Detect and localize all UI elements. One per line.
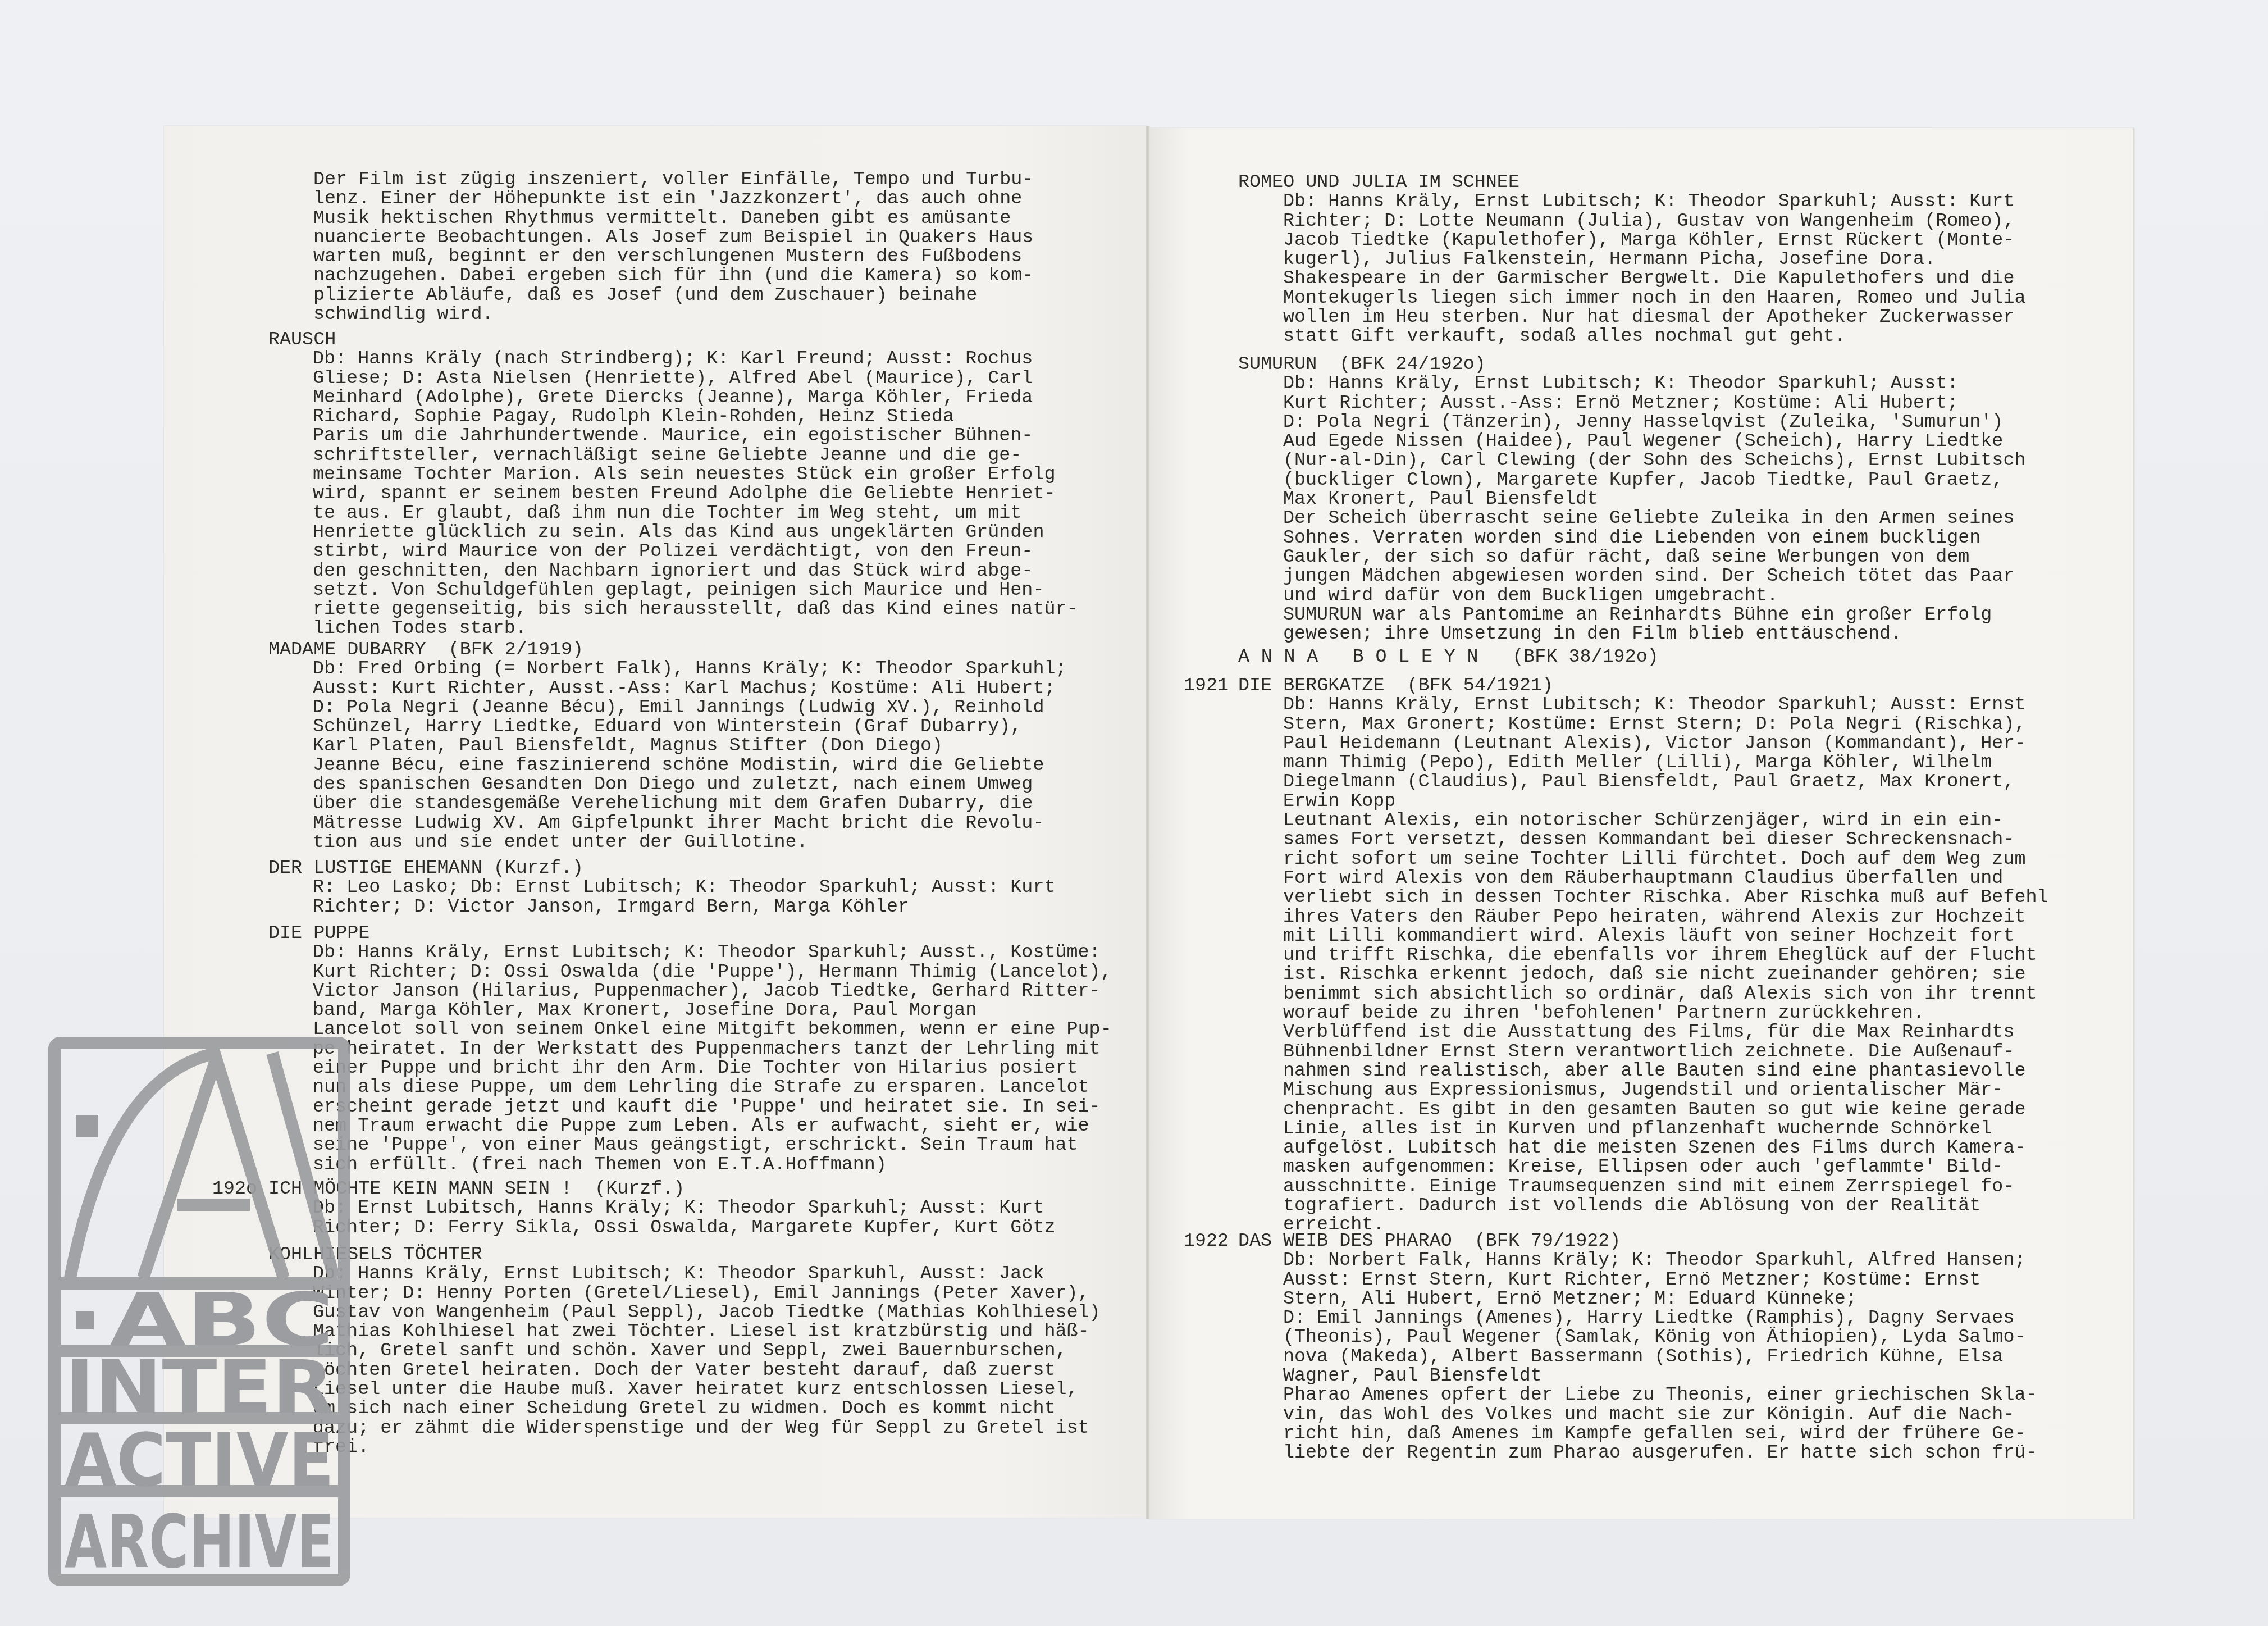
entry-title: DER LUSTIGE EHEMANN (Kurzf.) xyxy=(268,859,1056,878)
entry-text-line: Meinhard (Adolphe), Grete Diercks (Jeann… xyxy=(268,388,1078,407)
entry-text-line: Db: Ernst Lubitsch, Hanns Kräly; K: Theo… xyxy=(268,1199,1056,1218)
entry-text-line: Richter; D: Victor Janson, Irmgard Bern,… xyxy=(268,898,1056,917)
entry-title: DIE PUPPE xyxy=(268,924,1112,943)
entry-text-line: D: Emil Jannings (Amenes), Harry Liedtke… xyxy=(1238,1309,2037,1328)
entry-text-line: Winter; D: Henny Porten (Gretel/Liesel),… xyxy=(268,1284,1101,1303)
entry-text-line: nem Traum erwacht die Puppe zum Leben. A… xyxy=(268,1117,1112,1136)
filmography-entry: ROMEO UND JULIA IM SCHNEEDb: Hanns Kräly… xyxy=(1238,173,2026,347)
entry-text-line: Karl Platen, Paul Biensfeldt, Magnus Sti… xyxy=(268,736,1067,755)
entry-text-line: (Theonis), Paul Wegener (Samlak, König v… xyxy=(1238,1328,2037,1347)
entry-text-line: frei. xyxy=(268,1438,1101,1457)
entry-text-line: tografiert. Dadurch ist vollends die Abl… xyxy=(1238,1196,2048,1215)
left-continuation-paragraph: Der Film ist zügig inszeniert, voller Ei… xyxy=(268,170,1033,324)
entry-text-line: chenpracht. Es gibt in den gesamten Baut… xyxy=(1238,1100,2048,1119)
entry-text-line: (Nur-al-Din), Carl Clewing (der Sohn des… xyxy=(1238,451,2026,470)
entry-text-line: Shakespeare in der Garmischer Bergwelt. … xyxy=(1238,269,2026,288)
entry-text-line: riette gegenseitig, bis sich herausstell… xyxy=(268,600,1078,619)
entry-text-line: Mischung aus Expressionismus, Jugendstil… xyxy=(1238,1081,2048,1100)
entry-text-line: richt sofort um seine Tochter Lilli fürc… xyxy=(1238,850,2048,869)
entry-text-line: Liesel unter die Haube muß. Xaver heirat… xyxy=(268,1380,1101,1399)
entry-text-line: Jacob Tiedtke (Kapulethofer), Marga Köhl… xyxy=(1238,231,2026,250)
entry-text-line: mann Thimig (Pepo), Edith Meller (Lilli)… xyxy=(1238,753,2048,772)
filmography-entry: KOHLHIESELS TÖCHTERDb: Hanns Kräly, Erns… xyxy=(268,1245,1101,1457)
entry-text-line: über die standesgemäße Verehelichung mit… xyxy=(268,794,1067,813)
entry-text-line: Richard, Sophie Pagay, Rudolph Klein-Roh… xyxy=(268,407,1078,426)
entry-title: ANNA BOLEYN (BFK 38/192o) xyxy=(1238,648,1659,667)
entry-text-line: Mathias Kohlhiesel hat zwei Töchter. Lie… xyxy=(268,1322,1101,1341)
entry-text-line: mit Lilli kommandiert wird. Alexis läuft… xyxy=(1238,927,2048,946)
entry-text-line: Ausst: Kurt Richter, Ausst.-Ass: Karl Ma… xyxy=(268,679,1067,698)
entry-text-line: lich, Gretel sanft und schön. Xaver und … xyxy=(268,1341,1101,1360)
entry-year: 1921 xyxy=(1184,676,1229,695)
filmography-entry: RAUSCHDb: Hanns Kräly (nach Strindberg);… xyxy=(268,330,1078,639)
entry-text-line: gewesen; ihre Umsetzung in den Film blie… xyxy=(1238,625,2026,644)
entry-text-line: jungen Mädchen abgewiesen worden sind. D… xyxy=(1238,567,2026,586)
entry-text-line: den geschnitten, den Nachbarn ignoriert … xyxy=(268,562,1078,581)
entry-title-spaced: ANNA BOLEYN xyxy=(1238,646,1490,668)
entry-text-line: Richter; D: Ferry Sikla, Ossi Oswalda, M… xyxy=(268,1218,1056,1237)
entry-text-line: erscheint gerade jetzt und kauft die 'Pu… xyxy=(268,1097,1112,1117)
entry-text-line: (buckliger Clown), Margarete Kupfer, Jac… xyxy=(1238,471,2026,490)
entry-text-line: aufgelöst. Lubitsch hat die meisten Szen… xyxy=(1238,1138,2048,1158)
entry-text-line: liebte der Regentin zum Pharao ausgerufe… xyxy=(1238,1443,2037,1463)
entry-text-line: ist. Rischka erkennt jedoch, daß sie nic… xyxy=(1238,965,2048,984)
entry-text-line: te aus. Er glaubt, daß ihm nun die Tocht… xyxy=(268,504,1078,523)
filmography-entry: DER LUSTIGE EHEMANN (Kurzf.)R: Leo Lasko… xyxy=(268,859,1056,917)
paragraph-line: warten muß, beginnt er den verschlungene… xyxy=(268,247,1033,266)
entry-title: SUMURUN (BFK 24/192o) xyxy=(1238,355,2026,374)
entry-text-line: Stern, Max Gronert; Kostüme: Ernst Stern… xyxy=(1238,715,2048,734)
entry-text-line: Wagner, Paul Biensfeldt xyxy=(1238,1367,2037,1386)
entry-text-line: Db: Hanns Kräly (nach Strindberg); K: Ka… xyxy=(268,349,1078,368)
entry-text-line: Erwin Kopp xyxy=(1238,792,2048,811)
entry-text-line: vin, das Wohl des Volkes und macht sie z… xyxy=(1238,1405,2037,1424)
entry-text-line: Jeanne Bécu, eine faszinierend schöne Mo… xyxy=(268,756,1067,775)
entry-text-line: setzt. Von Schuldgefühlen geplagt, peini… xyxy=(268,581,1078,600)
entry-text-line: band, Marga Köhler, Max Kronert, Josefin… xyxy=(268,1001,1112,1020)
entry-title: MADAME DUBARRY (BFK 2/1919) xyxy=(268,640,1067,659)
entry-text-line: um sich nach einer Scheidung Gretel zu w… xyxy=(268,1399,1101,1418)
entry-text-line: sich erfüllt. (frei nach Themen von E.T.… xyxy=(268,1155,1112,1174)
book-gutter xyxy=(1146,126,1150,1519)
entry-text-line: Ausst: Ernst Stern, Kurt Richter, Ernö M… xyxy=(1238,1270,2037,1290)
entry-text-line: Paul Heidemann (Leutnant Alexis), Victor… xyxy=(1238,734,2048,753)
entry-text-line: Sohnes. Verraten worden sind die Liebend… xyxy=(1238,529,2026,548)
entry-title: RAUSCH xyxy=(268,330,1078,349)
entry-text-line: Bühnenbildner Ernst Stern verantwortlich… xyxy=(1238,1042,2048,1062)
entry-text-line: einer Puppe und bricht ihr den Arm. Die … xyxy=(268,1059,1112,1078)
entry-text-line: und trifft Rischka, die ebenfalls vor ih… xyxy=(1238,946,2048,965)
entry-text-line: Victor Janson (Hilarius, Puppenmacher), … xyxy=(268,982,1112,1001)
paragraph-line: Musik hektischen Rhythmus vermittelt. Da… xyxy=(268,209,1033,228)
entry-text-line: Paris um die Jahrhundertwende. Maurice, … xyxy=(268,426,1078,445)
entry-text-line: Montekugerls liegen sich immer noch in d… xyxy=(1238,289,2026,308)
filmography-entry: SUMURUN (BFK 24/192o)Db: Hanns Kräly, Er… xyxy=(1238,355,2026,644)
entry-text-line: sames Fort versetzt, dessen Kommandant b… xyxy=(1238,830,2048,849)
entry-text-line: Pharao Amenes opfert der Liebe zu Theoni… xyxy=(1238,1386,2037,1405)
entry-text-line: Db: Hanns Kräly, Ernst Lubitsch; K: Theo… xyxy=(268,1264,1101,1283)
filmography-entry: MADAME DUBARRY (BFK 2/1919)Db: Fred Orbi… xyxy=(268,640,1067,852)
entry-text-line: Kurt Richter; D: Ossi Oswalda (die 'Pupp… xyxy=(268,963,1112,982)
entry-text-line: Lancelot soll von seinem Onkel eine Mitg… xyxy=(268,1020,1112,1039)
paragraph-line: lenz. Einer der Höhepunkte ist ein 'Jazz… xyxy=(268,189,1033,208)
entry-title: DAS WEIB DES PHARAO (BFK 79/1922) xyxy=(1238,1232,2037,1251)
entry-text-line: Gaukler, der sich so dafür rächt, daß se… xyxy=(1238,548,2026,567)
entry-text-line: Verblüffend ist die Ausstattung des Film… xyxy=(1238,1023,2048,1042)
entry-text-line: nahmen sind realistisch, aber alle Baute… xyxy=(1238,1062,2048,1081)
entry-year: 192o xyxy=(212,1179,257,1199)
entry-text-line: meinsame Tochter Marion. Als sein neuest… xyxy=(268,465,1078,484)
entry-text-line: Henriette glücklich zu sein. Als das Kin… xyxy=(268,523,1078,542)
entry-text-line: Kurt Richter; Ausst.-Ass: Ernö Metzner; … xyxy=(1238,394,2026,413)
entry-text-line: D: Pola Negri (Tänzerin), Jenny Hasselqv… xyxy=(1238,413,2026,432)
filmography-entry: DIE PUPPEDb: Hanns Kräly, Ernst Lubitsch… xyxy=(268,924,1112,1174)
entry-text-line: Linie, alles ist in Kurven und pflanzenh… xyxy=(1238,1119,2048,1138)
paragraph-line: nuancierte Beobachtungen. Als Josef zum … xyxy=(268,228,1033,247)
entry-text-line: Db: Fred Orbing (= Norbert Falk), Hanns … xyxy=(268,659,1067,678)
entry-text-line: ausschnitte. Einige Traumsequenzen sind … xyxy=(1238,1177,2048,1196)
entry-text-line: benimmt sich absichtlich so ordinär, daß… xyxy=(1238,985,2048,1004)
entry-text-line: Max Kronert, Paul Biensfeldt xyxy=(1238,490,2026,509)
entry-text-line: Schünzel, Harry Liedtke, Eduard von Wint… xyxy=(268,717,1067,736)
entry-text-line: dazu; er zähmt die Widerspenstige und de… xyxy=(268,1419,1101,1438)
entry-text-line: des spanischen Gesandten Don Diego und z… xyxy=(268,775,1067,794)
entry-text-line: Gustav von Wangenheim (Paul Seppl), Jaco… xyxy=(268,1303,1101,1322)
entry-text-line: Leutnant Alexis, ein notorischer Schürze… xyxy=(1238,811,2048,830)
entry-text-line: seine 'Puppe', von einer Maus geängstigt… xyxy=(268,1136,1112,1155)
entry-text-line: nova (Makeda), Albert Bassermann (Sothis… xyxy=(1238,1347,2037,1367)
entry-text-line: stirbt, wird Maurice von der Polizei ver… xyxy=(268,542,1078,561)
entry-text-line: Db: Hanns Kräly, Ernst Lubitsch; K: Theo… xyxy=(268,943,1112,962)
entry-text-line: kugerl), Julius Falkenstein, Hermann Pic… xyxy=(1238,250,2026,269)
entry-text-line: tion aus und sie endet unter der Guillot… xyxy=(268,833,1067,852)
filmography-entry: 1921DIE BERGKATZE (BFK 54/1921)Db: Hanns… xyxy=(1238,676,2048,1235)
entry-text-line: R: Leo Lasko; Db: Ernst Lubitsch; K: The… xyxy=(268,878,1056,897)
paragraph-line: Der Film ist zügig inszeniert, voller Ei… xyxy=(268,170,1033,189)
entry-text-line: und wird dafür von dem Buckligen umgebra… xyxy=(1238,586,2026,605)
entry-text-line: Db: Norbert Falk, Hanns Kräly; K: Theodo… xyxy=(1238,1251,2037,1270)
entry-text-line: Gliese; D: Asta Nielsen (Henriette), Alf… xyxy=(268,369,1078,388)
entry-title-reference: (BFK 38/192o) xyxy=(1490,646,1659,668)
entry-title: ICH MÖCHTE KEIN MANN SEIN ! (Kurzf.) xyxy=(268,1179,1056,1199)
entry-text-line: richt hin, daß Amenes im Kampfe gefallen… xyxy=(1238,1424,2037,1443)
filmography-entry: 1922DAS WEIB DES PHARAO (BFK 79/1922)Db:… xyxy=(1238,1232,2037,1463)
entry-text-line: schriftsteller, vernachläßigt seine Geli… xyxy=(268,446,1078,465)
entry-text-line: statt Gift verkauft, sodaß alles nochmal… xyxy=(1238,327,2026,346)
entry-title: DIE BERGKATZE (BFK 54/1921) xyxy=(1238,676,2048,695)
entry-text-line: Stern, Ali Hubert, Ernö Metzner; M: Edua… xyxy=(1238,1290,2037,1309)
entry-text-line: Richter; D: Lotte Neumann (Julia), Gusta… xyxy=(1238,212,2026,231)
paragraph-line: schwindlig wird. xyxy=(268,305,1033,324)
entry-text-line: ihres Vaters den Räuber Pepo heiraten, w… xyxy=(1238,908,2048,927)
entry-text-line: Db: Hanns Kräly, Ernst Lubitsch; K: Theo… xyxy=(1238,374,2026,393)
paragraph-line: plizierte Abläufe, daß es Josef (und dem… xyxy=(268,286,1033,305)
paragraph-line: nachzugehen. Dabei ergeben sich für ihn … xyxy=(268,266,1033,285)
entry-text-line: SUMURUN war als Pantomime an Reinhardts … xyxy=(1238,605,2026,625)
entry-text-line: möchten Gretel heiraten. Doch der Vater … xyxy=(268,1361,1101,1380)
entry-title: KOHLHIESELS TÖCHTER xyxy=(268,1245,1101,1264)
entry-title: ROMEO UND JULIA IM SCHNEE xyxy=(1238,173,2026,192)
entry-text-line: wird, spannt er seinem besten Freund Ado… xyxy=(268,484,1078,503)
entry-text-line: worauf beide zu ihren 'befohlenen' Partn… xyxy=(1238,1004,2048,1023)
entry-text-line: Mätresse Ludwig XV. Am Gipfelpunkt ihrer… xyxy=(268,814,1067,833)
entry-text-line: Aud Egede Nissen (Haidee), Paul Wegener … xyxy=(1238,432,2026,451)
entry-year: 1922 xyxy=(1184,1232,1229,1251)
entry-text-line: D: Pola Negri (Jeanne Bécu), Emil Jannin… xyxy=(268,698,1067,717)
entry-text-line: Der Scheich überrascht seine Geliebte Zu… xyxy=(1238,509,2026,528)
entry-text-line: nun als diese Puppe, um dem Lehrling die… xyxy=(268,1078,1112,1097)
entry-text-line: verliebt sich in dessen Tochter Rischka.… xyxy=(1238,888,2048,907)
entry-text-line: pe heiratet. In der Werkstatt des Puppen… xyxy=(268,1040,1112,1059)
entry-text-line: Db: Hanns Kräly, Ernst Lubitsch; K: Theo… xyxy=(1238,192,2026,211)
filmography-entry: ANNA BOLEYN (BFK 38/192o) xyxy=(1238,648,1659,667)
entry-text-line: lichen Todes starb. xyxy=(268,619,1078,638)
entry-text-line: wollen im Heu sterben. Nur hat diesmal d… xyxy=(1238,308,2026,327)
entry-text-line: Db: Hanns Kräly, Ernst Lubitsch; K: Theo… xyxy=(1238,695,2048,714)
filmography-entry: 192oICH MÖCHTE KEIN MANN SEIN ! (Kurzf.)… xyxy=(268,1179,1056,1237)
entry-text-line: Diegelmann (Claudius), Paul Biensfeldt, … xyxy=(1238,772,2048,791)
entry-text-line: masken aufgenommen: Kreise, Ellipsen ode… xyxy=(1238,1158,2048,1177)
entry-text-line: Fort wird Alexis von dem Räuberhauptmann… xyxy=(1238,869,2048,888)
